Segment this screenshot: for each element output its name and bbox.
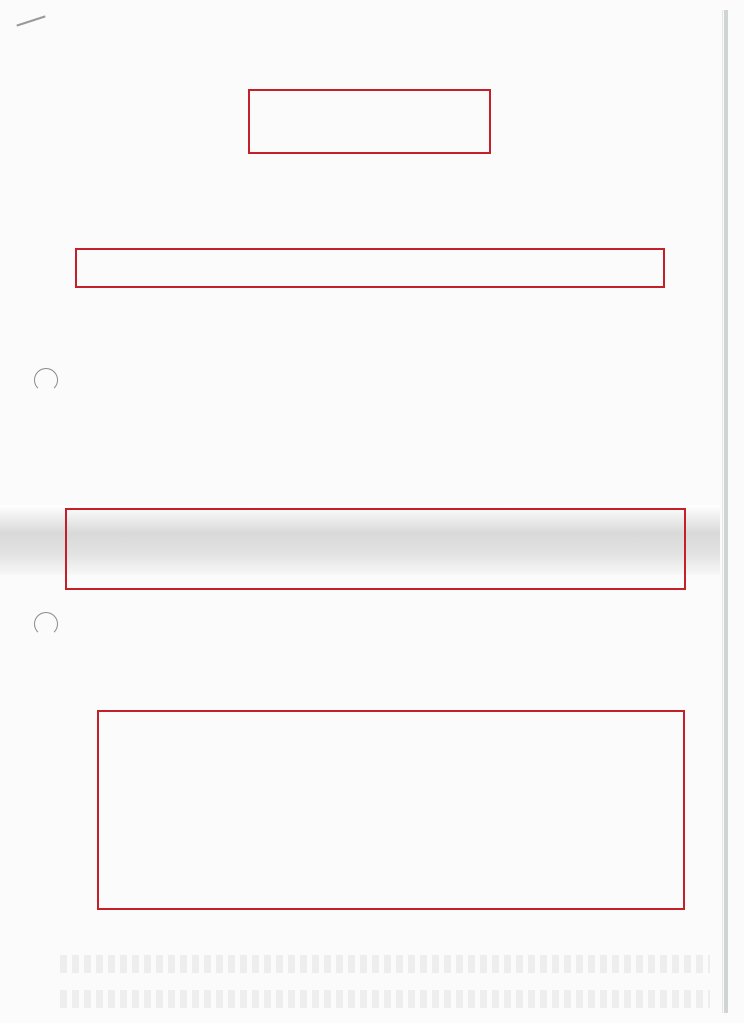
punch-hole-bottom [34,612,58,636]
punch-hole-top [34,368,58,392]
scan-mark [16,15,45,26]
highlight-box-ustalam [65,508,686,590]
scanned-document-page [0,0,744,1023]
page-edge [724,10,728,1013]
highlight-box-subject [75,248,665,288]
page-edge-shadow [722,10,723,1013]
highlight-box-conditions [97,710,685,910]
bleed-through-text [60,990,710,1008]
highlight-box-title [248,89,491,154]
bleed-through-text [60,955,710,973]
